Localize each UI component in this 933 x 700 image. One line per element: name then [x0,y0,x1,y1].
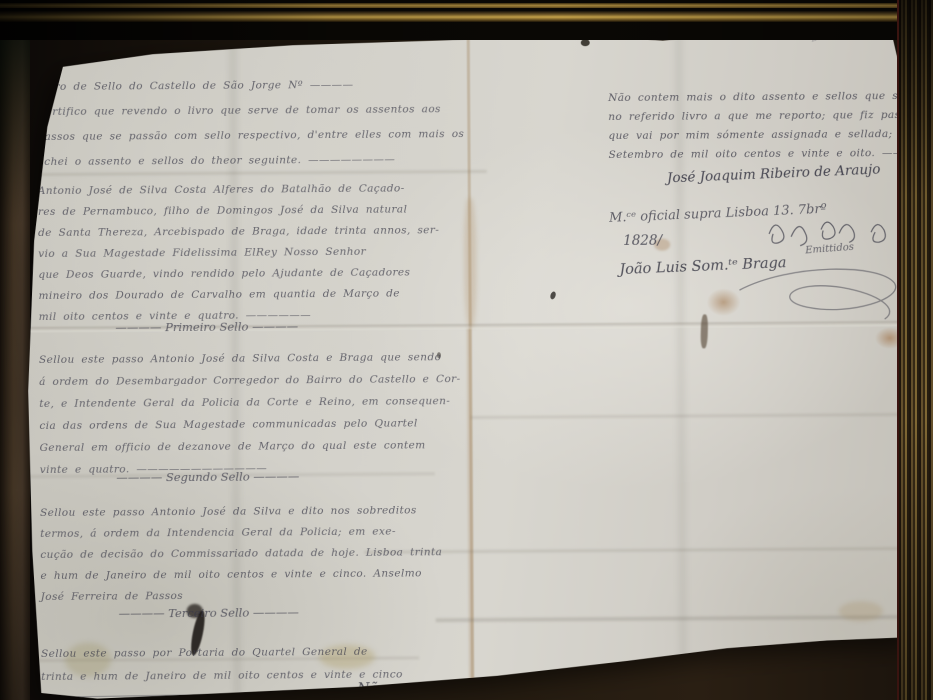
frame-shadow [899,0,933,700]
crease-line [436,615,917,622]
manuscript-line: que Deos Guarde, vindo rendido pelo Ajud… [38,263,374,286]
manuscript-line: Livro de Sello do Castello de São Jorge … [37,73,373,100]
stain-mark [839,601,883,621]
manuscript-line: Sellou este passo por Portaria do Quarte… [41,641,377,666]
manuscript-line: que vai por mim sómente assignada e sell… [608,125,908,146]
manuscript-line: e hum de Janeiro de mil oito centos e vi… [40,564,376,587]
manuscript-line: cução de decisão do Commissariado datada… [40,543,376,566]
manuscript-line: Sellou este passo Antonio José da Silva … [39,347,375,371]
manuscript-line: no referido livro a que me reporto; que … [608,106,908,127]
manuscript-line: á ordem do Desembargador Corregedor do B… [39,369,375,393]
assento-paragraph: Antonio José de Silva Costa Alferes do B… [38,179,375,328]
paper-sheet: L. 18ª Livro de Sello do Castello de São… [23,25,918,699]
right-page: Não contem mais o dito assento e sellos … [608,25,910,357]
segundo-sello-paragraph: Sellou este passo Antonio José da Silva … [40,501,377,608]
section-heading-segundo-sello: ———— Segundo Sello ———— [40,469,376,485]
manuscript-line: te, e Intendente Geral da Policia da Cor… [39,391,375,415]
manuscript-line: mineiro dos Dourado de Carvalho em quant… [38,284,374,307]
year-notation: 1828/ [623,233,662,249]
manuscript-line: vio a Sua Magestade Fidelissima ElRey No… [38,242,374,265]
manuscript-line: Antonio José de Silva Costa Alferes do B… [38,179,374,202]
section-heading-primeiro-sello: ———— Primeiro Sello ———— [39,319,375,335]
manuscript-line: cia das ordens de Sua Magestade communic… [39,413,375,437]
section-heading-terceiro-sello: ———— Terceiro Sello ———— [41,605,377,621]
crease-line [467,28,475,696]
certification-paragraph: Livro de Sello do Castello de São Jorge … [37,73,374,175]
manuscript-line: de Santa Thereza, Arcebispado de Braga, … [38,221,374,244]
manuscript-line: Não contem mais o dito assento e sellos … [608,87,908,108]
manuscript-line: res de Pernambuco, filho de Domingos Jos… [38,200,374,223]
ink-speck [581,39,590,46]
crease-line [470,413,915,419]
closing-paragraph: Não contem mais o dito assento e sellos … [608,87,909,165]
catchword: Não [357,680,457,697]
manuscript-line: achei o assento e sellos do theor seguin… [38,148,374,175]
manuscript-paper: L. 18ª Livro de Sello do Castello de São… [23,25,918,699]
primeiro-sello-paragraph: Sellou este passo Antonio José da Silva … [39,347,376,481]
terceiro-sello-paragraph: Sellou este passo por Portaria do Quarte… [41,641,377,689]
frame-shadow [0,0,933,40]
left-page: Livro de Sello do Castello de São Jorge … [37,29,378,699]
manuscript-line: General em officio de dezanove de Março … [40,435,376,459]
ink-speck [549,291,556,300]
picture-frame-right [897,0,933,700]
signature-flourish-icon [729,257,909,328]
framed-document-photo: L. 18ª Livro de Sello do Castello de São… [0,0,933,700]
manuscript-line: trinta e hum de Janeiro de mil oito cent… [41,664,377,689]
crease-line [467,328,474,696]
manuscript-line: termos, á ordem da Intendencia Geral da … [40,522,376,545]
picture-frame-top [0,0,933,40]
manuscript-line: Sellou este passo Antonio José da Silva … [40,501,376,524]
manuscript-line: passos que se passão com sello respectiv… [37,123,373,150]
crease-line [365,547,917,554]
stain-mark [464,198,477,328]
manuscript-line: Certifico que revendo o livro que serve … [37,98,373,125]
